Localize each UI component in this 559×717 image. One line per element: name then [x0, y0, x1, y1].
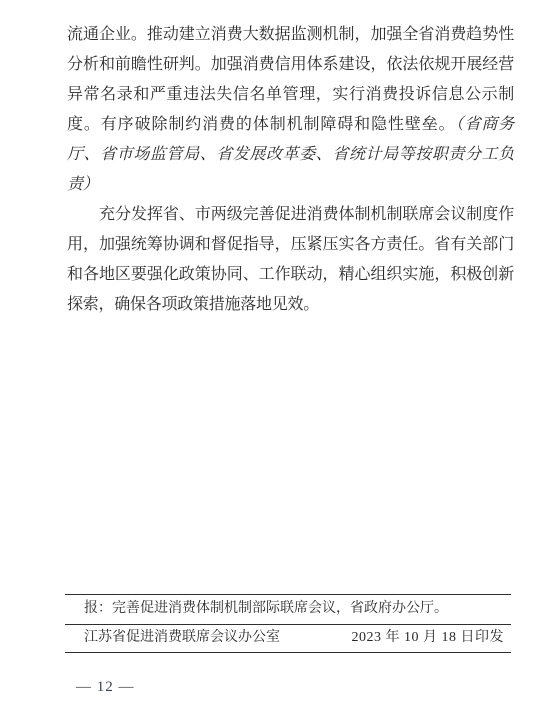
- issue-row: 江苏省促进消费联席会议办公室 2023 年 10 月 18 日印发: [65, 625, 511, 652]
- print-date: 2023 年 10 月 18 日印发: [352, 630, 505, 646]
- document-page: 流通企业。推动建立消费大数据监测机制，加强全省消费趋势性分析和前瞻性研判。加强消…: [0, 0, 559, 717]
- issuing-office: 江苏省促进消费联席会议办公室: [84, 630, 280, 646]
- document-footer-box: 报：完善促进消费体制机制部际联席会议，省政府办公厅。 江苏省促进消费联席会议办公…: [65, 594, 511, 653]
- cc-row: 报：完善促进消费体制机制部际联席会议，省政府办公厅。: [65, 595, 511, 625]
- document-body: 流通企业。推动建立消费大数据监测机制，加强全省消费趋势性分析和前瞻性研判。加强消…: [67, 20, 514, 320]
- paragraph-closing: 充分发挥省、市两级完善促进消费体制机制联席会议制度作用，加强统筹协调和督促指导，…: [67, 200, 514, 320]
- cc-line-text: 报：完善促进消费体制机制部际联席会议，省政府办公厅。: [84, 601, 448, 616]
- paragraph-continuation-text: 流通企业。推动建立消费大数据监测机制，加强全省消费趋势性分析和前瞻性研判。加强消…: [67, 26, 514, 133]
- page-number: — 12 —: [76, 679, 135, 696]
- paragraph-continuation: 流通企业。推动建立消费大数据监测机制，加强全省消费趋势性分析和前瞻性研判。加强消…: [67, 20, 514, 200]
